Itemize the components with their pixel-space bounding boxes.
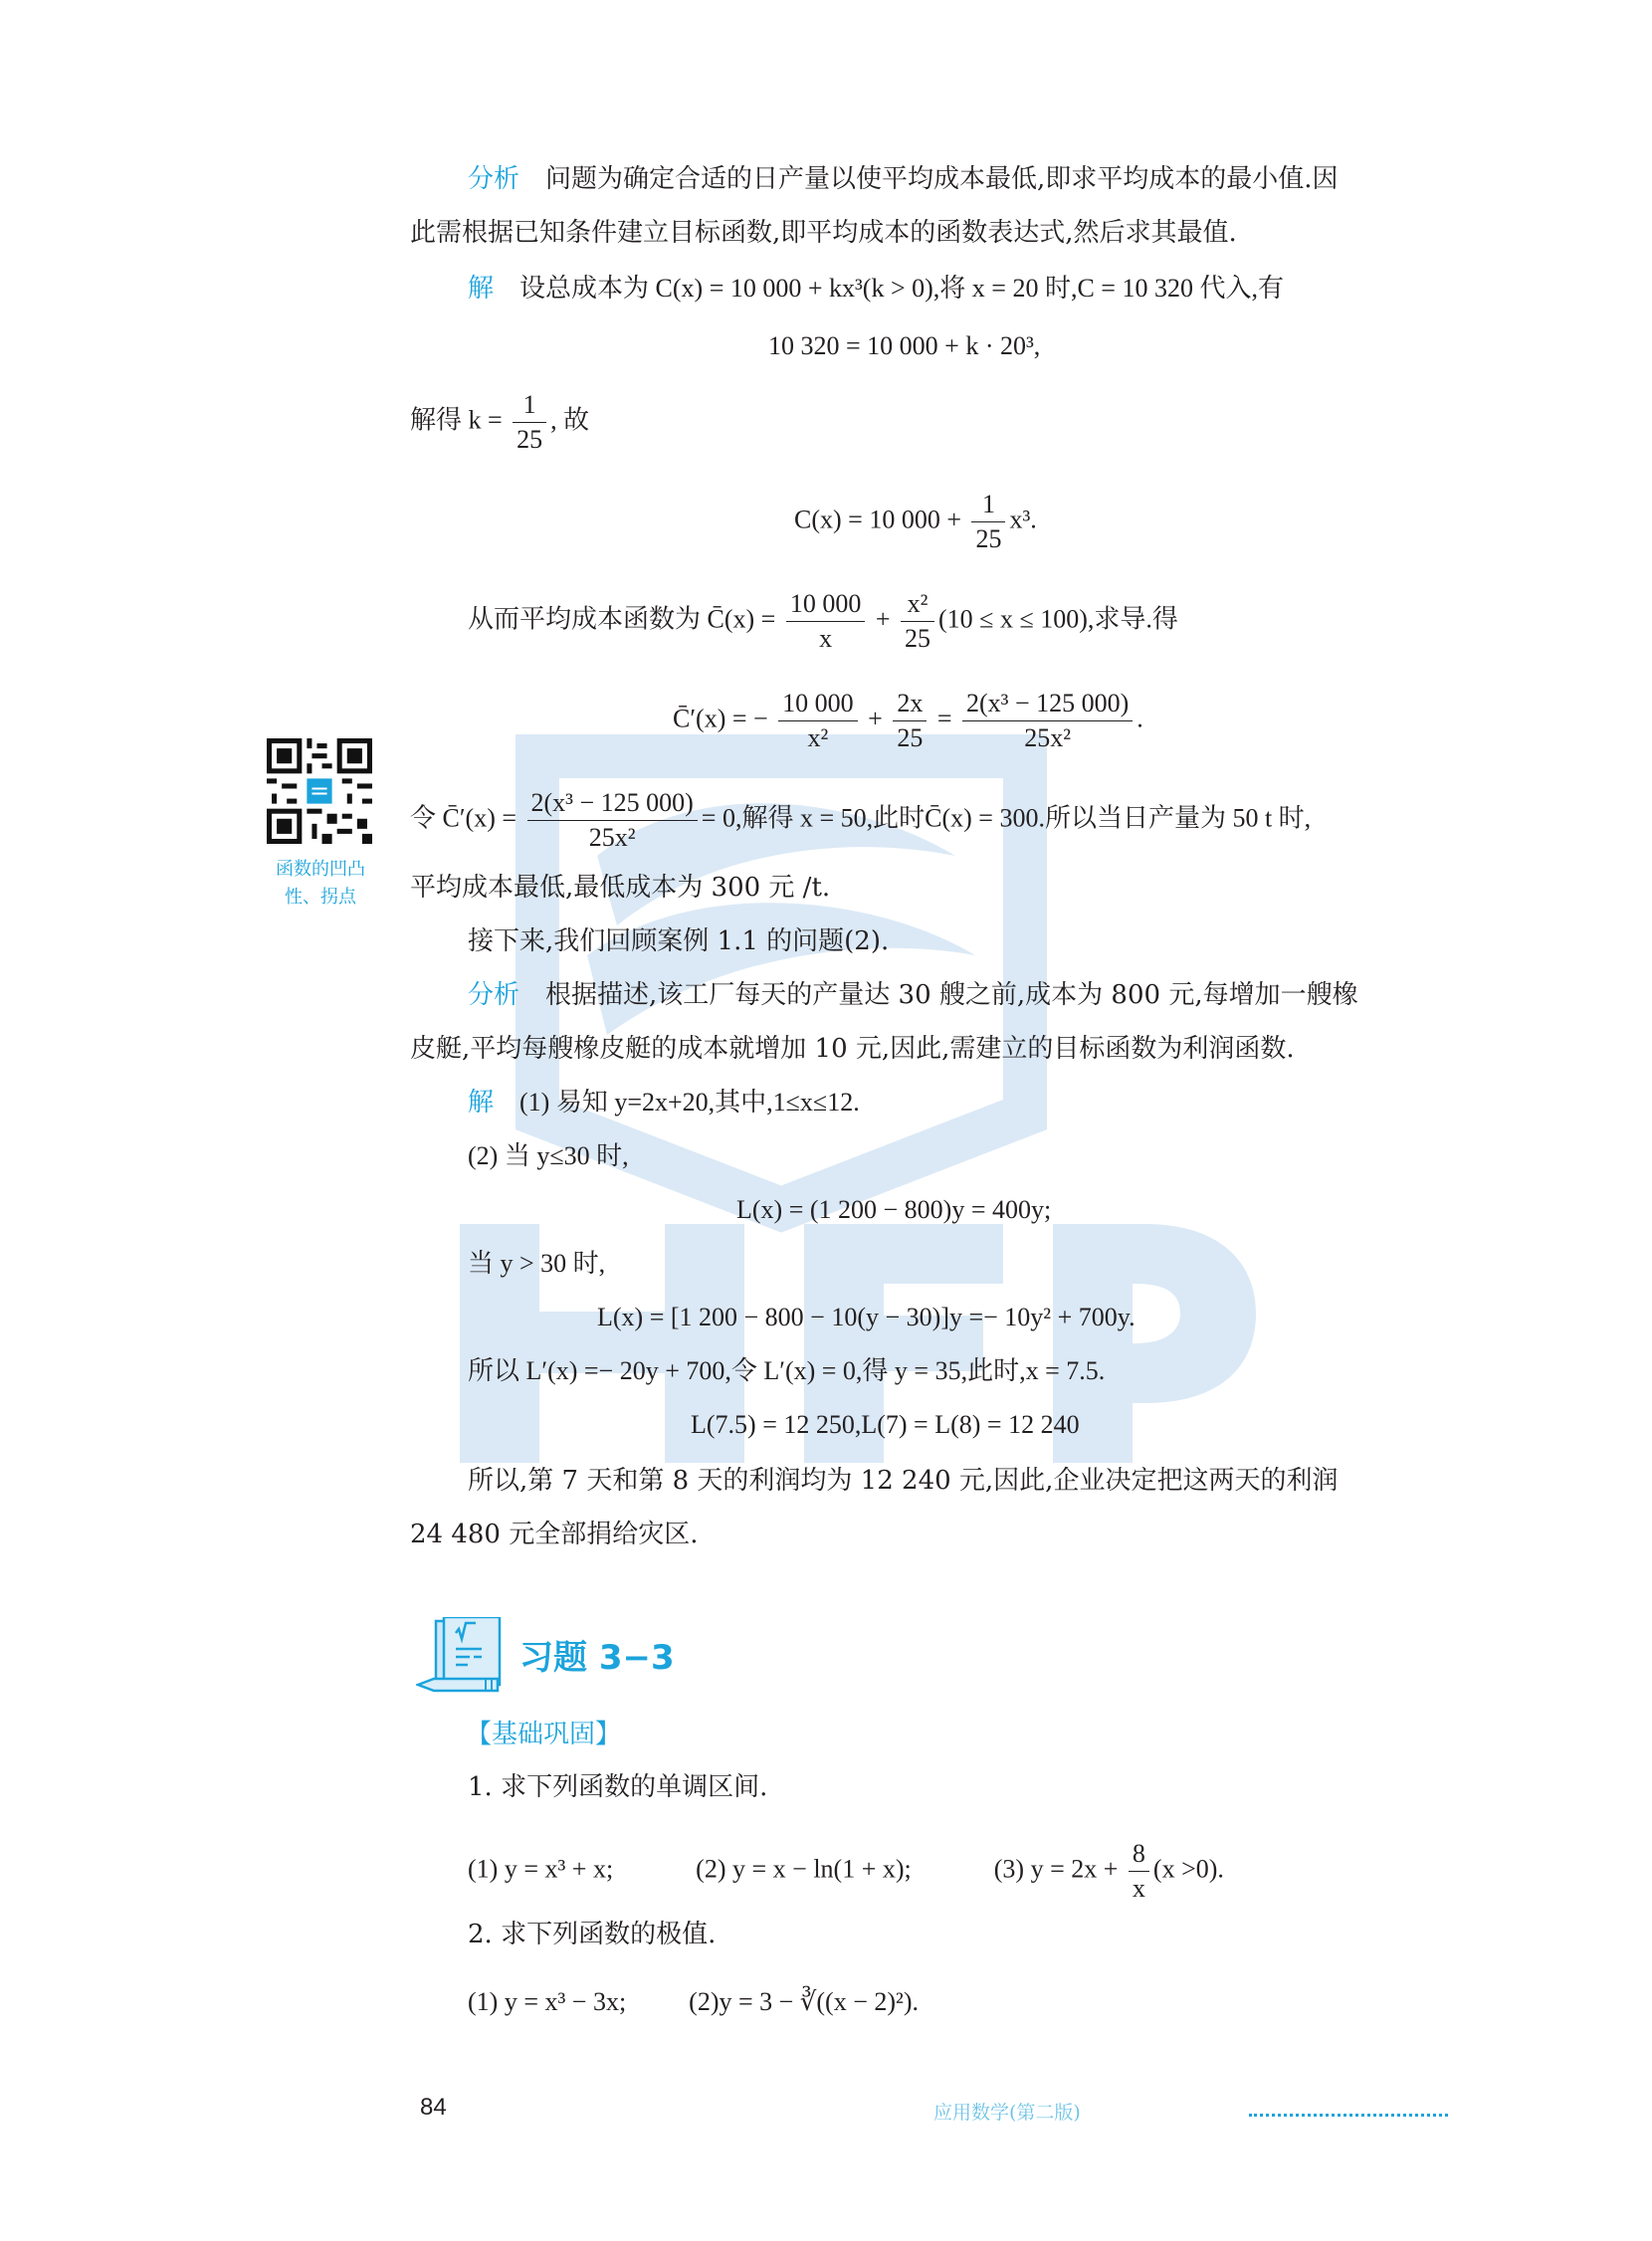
question-2: 2. 求下列函数的极值. (468, 1915, 716, 1954)
fraction-1-25: 125 (971, 488, 1005, 556)
denominator: x (1129, 1872, 1149, 1906)
denominator: 25x² (962, 721, 1133, 755)
denominator: 25 (901, 622, 934, 656)
derivative-equation: C̄′(x) = − 10 000x² + 2x25 = 2(x³ − 125 … (673, 687, 1143, 755)
denominator: 25 (971, 522, 1005, 556)
avg-lhs: C̄(x) = (708, 604, 782, 633)
denominator: 25 (513, 423, 546, 457)
final-conclusion-cont: 24 480 元全部捐给灾区. (410, 1515, 699, 1554)
numerator: 1 (971, 488, 1005, 522)
book-title: 应用数学(第二版) (933, 2098, 1081, 2125)
exercise-book-pencil-icon (416, 1617, 502, 1699)
q1-part-2: (2) y = x − ln(1 + x); (696, 1854, 912, 1883)
analysis-label: 分析 (468, 980, 519, 1010)
solve-k-tail: , 故 (550, 405, 589, 434)
analysis-paragraph-2: 分析根据描述,该工厂每天的产量达 30 艘之前,成本为 800 元,每增加一艘橡 (468, 975, 1358, 1015)
page-number: 84 (420, 2094, 447, 2122)
solution-part-1-text: (1) 易知 y=2x+20,其中,1≤x≤12. (519, 1088, 860, 1117)
question-1-parts: (1) y = x³ + x; (2) y = x − ln(1 + x); (… (468, 1837, 1224, 1906)
denominator: 25 (893, 721, 927, 755)
solve-k-text: 解得 k = (410, 405, 509, 434)
numerator: 10 000 (786, 587, 866, 622)
profit-equation-b: L(x) = [1 200 − 800 − 10(y − 30)]y =− 10… (597, 1298, 1136, 1337)
average-cost-line: 从而平均成本函数为 C̄(x) = 10 000x + x²25(10 ≤ x … (468, 587, 1178, 656)
fraction-combined: 2(x³ − 125 000)25x² (962, 687, 1133, 755)
plus: + (869, 604, 897, 633)
fraction-8-x: 8x (1129, 1837, 1149, 1906)
qr-code[interactable] (267, 738, 372, 844)
fraction-k: 125 (513, 388, 546, 457)
cost-formula: C(x) = 10 000 + kx³(k > 0) (656, 274, 933, 303)
textbook-page: 分析问题为确定合适的日产量以使平均成本最低,即求平均成本的最小值.因 此需根据已… (0, 0, 1652, 2241)
analysis-paragraph-1: 分析问题为确定合适的日产量以使平均成本最低,即求平均成本的最小值.因 (468, 159, 1339, 199)
q1-part-3: (3) y = 2x + (994, 1854, 1125, 1883)
fraction-2x-25: 2x25 (893, 687, 927, 755)
denominator: 25x² (527, 821, 698, 855)
solution-part-1: 解(1) 易知 y=2x+20,其中,1≤x≤12. (468, 1083, 860, 1122)
final-conclusion: 所以,第 7 天和第 8 天的利润均为 12 240 元,因此,企业决定把这两天… (468, 1461, 1338, 1501)
fraction-10000-x: 10 000x (786, 587, 866, 656)
numerator: 8 (1129, 1837, 1149, 1872)
solution-part-2: (2) 当 y≤30 时, (468, 1136, 629, 1176)
deriv-lhs: C̄′(x) = − (673, 704, 774, 732)
solution-line-1: 解设总成本为 C(x) = 10 000 + kx³(k > 0),将 x = … (468, 269, 1284, 308)
numerator: x² (901, 587, 934, 622)
fraction-set: 2(x³ − 125 000)25x² (527, 786, 698, 855)
q2-part-2: (2)y = 3 − ∛((x − 2)²). (689, 1987, 919, 2016)
solve-k-line: 解得 k = 125, 故 (410, 388, 589, 457)
qr-caption-line-2: 性、拐点 (251, 884, 390, 912)
q1-part-3-tail: (x >0). (1153, 1854, 1224, 1883)
conclusion-line: 平均成本最低,最低成本为 300 元 /t. (410, 868, 830, 908)
fraction-x2-25: x²25 (901, 587, 934, 656)
analysis-text-cont: 此需根据已知条件建立目标函数,即平均成本的函数表达式,然后求其最值. (410, 213, 1237, 253)
question-2-parts: (1) y = x³ − 3x; (2)y = 3 − ∛((x − 2)²). (468, 1982, 919, 2022)
q2-part-1: (1) y = x³ − 3x; (468, 1987, 626, 2016)
condition-b: 当 y > 30 时, (468, 1244, 605, 1284)
profit-values: L(7.5) = 12 250,L(7) = L(8) = 12 240 (691, 1405, 1080, 1445)
analysis-label: 分析 (468, 164, 519, 194)
avg-intro: 从而平均成本函数为 (468, 604, 708, 633)
question-1: 1. 求下列函数的单调区间. (468, 1767, 767, 1807)
numerator: 10 000 (778, 687, 858, 721)
analysis-text-cont: 皮艇,平均每艘橡皮艇的成本就增加 10 元,因此,需建立的目标函数为利润函数. (410, 1029, 1295, 1069)
denominator: x (786, 622, 866, 656)
set-b: = 0,解得 x = 50,此时C̄(x) = 300.所以当日产量为 50 t… (702, 803, 1311, 832)
set-derivative-zero-line: 令 C̄′(x) = 2(x³ − 125 000)25x²= 0,解得 x =… (410, 786, 1311, 855)
case-intro: 接下来,我们回顾案例 1.1 的问题(2). (468, 921, 889, 961)
footer-dotted-rule (1249, 2102, 1448, 2117)
solution-text: ,将 x = 20 时,C = 10 320 代入,有 (933, 274, 1284, 303)
set-a: 令 C̄′(x) = (410, 803, 523, 832)
eq-left: C(x) = 10 000 + (794, 505, 967, 533)
eq-right: x³. (1009, 505, 1036, 533)
fraction-10000-x2: 10 000x² (778, 687, 858, 755)
equation-substitution: 10 320 = 10 000 + k · 20³, (768, 326, 1040, 366)
solution-label: 解 (468, 1088, 494, 1118)
qr-caption: 函数的凹凸 性、拐点 (251, 856, 390, 912)
denominator: x² (778, 721, 858, 755)
analysis-text: 根据描述,该工厂每天的产量达 30 艘之前,成本为 800 元,每增加一艘橡 (545, 980, 1358, 1010)
solution-text: 设总成本为 (519, 274, 656, 303)
avg-tail: (10 ≤ x ≤ 100),求导.得 (938, 604, 1178, 633)
numerator: 2(x³ − 125 000) (962, 687, 1133, 721)
section-heading-basic: 【基础巩固】 (466, 1714, 621, 1750)
q1-part-1: (1) y = x³ + x; (468, 1854, 613, 1883)
qr-caption-line-1: 函数的凹凸 (251, 856, 390, 884)
solution-label: 解 (468, 274, 494, 304)
profit-equation-a: L(x) = (1 200 − 800)y = 400y; (736, 1190, 1051, 1230)
exercise-title: 习题 3−3 (519, 1630, 675, 1679)
cost-function-equation: C(x) = 10 000 + 125x³. (794, 488, 1037, 556)
numerator: 2x (893, 687, 927, 721)
numerator: 2(x³ − 125 000) (527, 786, 698, 821)
numerator: 1 (513, 388, 546, 423)
analysis-text: 问题为确定合适的日产量以使平均成本最低,即求平均成本的最小值.因 (545, 164, 1339, 194)
profit-derivative: 所以 L′(x) =− 20y + 700,令 L′(x) = 0,得 y = … (468, 1351, 1105, 1391)
